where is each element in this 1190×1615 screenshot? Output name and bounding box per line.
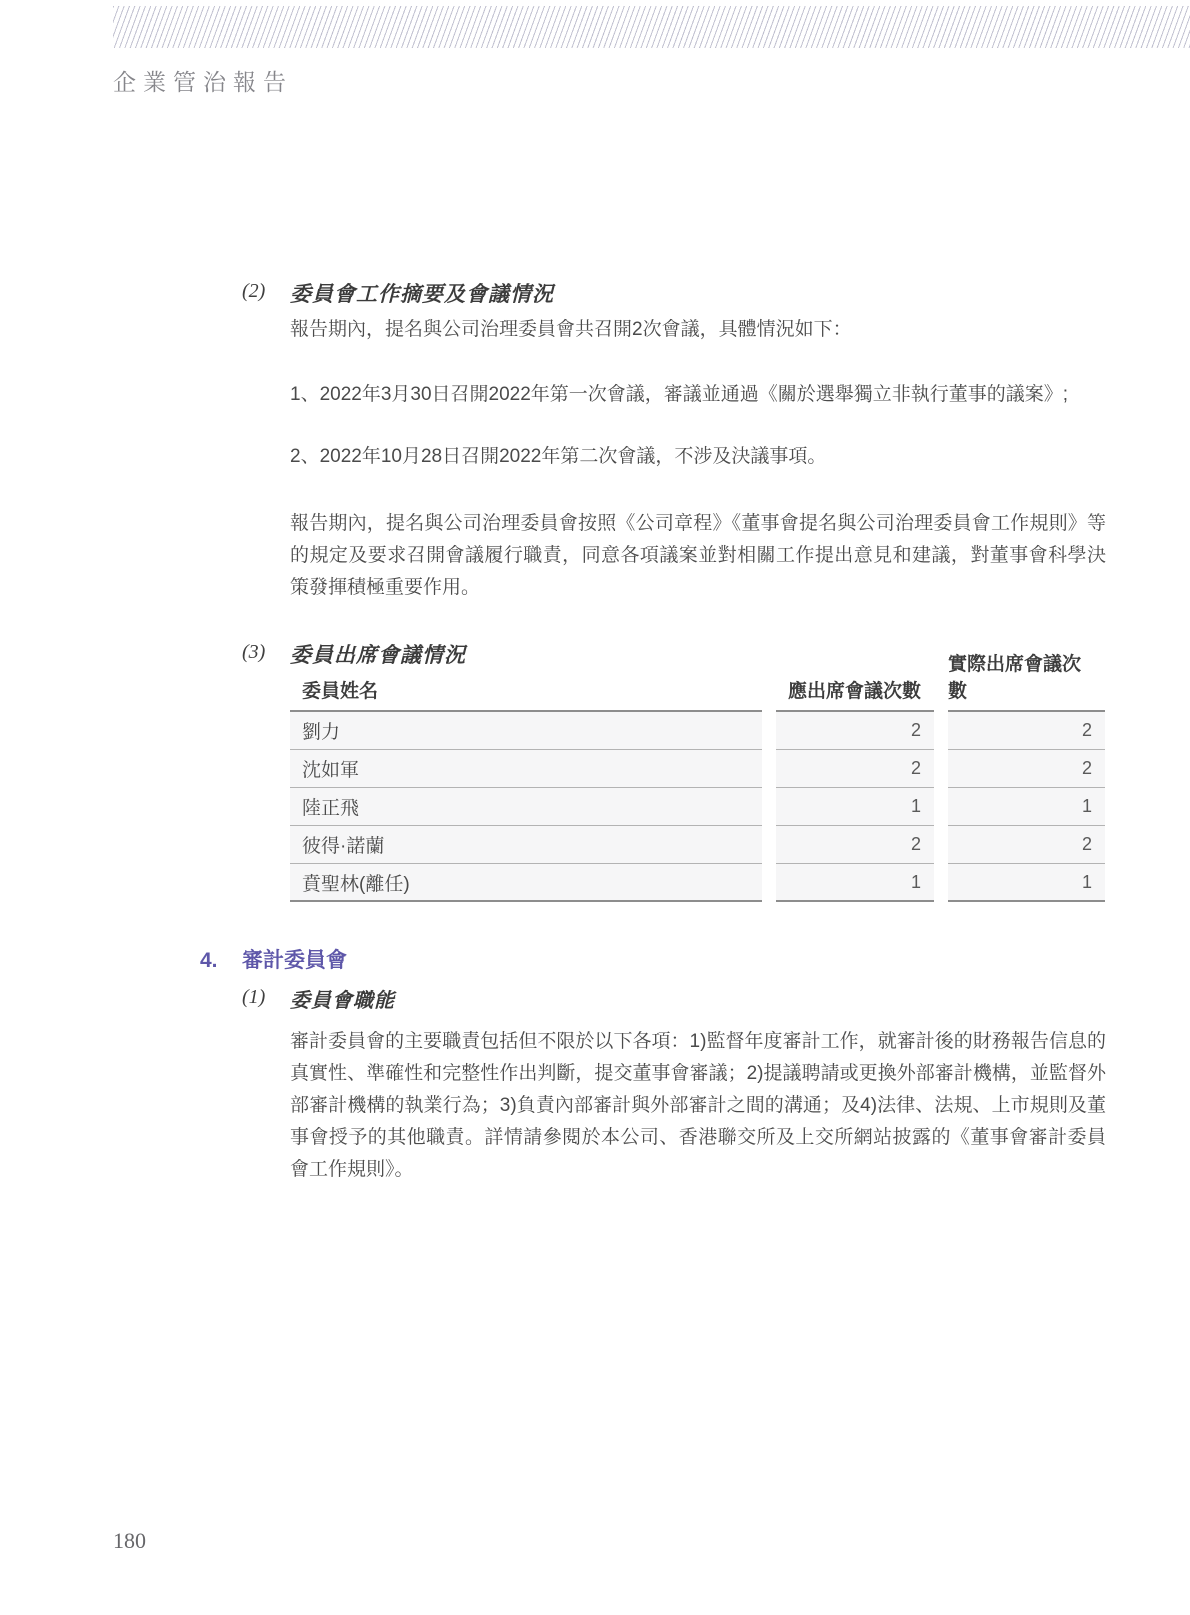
section2-intro: 報告期內，提名與公司治理委員會共召開2次會議，具體情況如下： [290, 312, 1106, 348]
section4-title: 審計委員會 [242, 949, 347, 972]
attendance-table: 委員姓名 應出席會議次數 實際出席會議次數 劉力 2 2 沈如軍 2 2 陸正飛… [290, 668, 1105, 902]
table-row-actual: 1 [948, 788, 1105, 826]
table-header-required-attendance: 應出席會議次數 [776, 668, 934, 712]
report-page: 企業管治報告 (2) 委員會工作摘要及會議情況 報告期內，提名與公司治理委員會共… [0, 0, 1190, 1615]
table-row-member-name: 沈如軍 [290, 750, 762, 788]
diagonal-hatch-banner [113, 6, 1190, 48]
section2-item2: 2、2022年10月28日召開2022年第二次會議，不涉及決議事項。 [290, 439, 1106, 475]
section3-title: 委員出席會議情況 [290, 639, 466, 669]
section4-heading: 4.審計委員會 [200, 944, 1106, 974]
page-header-title: 企業管治報告 [113, 64, 293, 97]
table-row-required: 1 [776, 788, 934, 826]
table-row-required: 2 [776, 826, 934, 864]
table-row-member-name: 劉力 [290, 712, 762, 750]
section2-title: 委員會工作摘要及會議情況 [290, 278, 554, 308]
table-row-member-name: 彼得·諾蘭 [290, 826, 762, 864]
section2-summary: 報告期內，提名與公司治理委員會按照《公司章程》《董事會提名與公司治理委員會工作規… [290, 508, 1106, 604]
table-row-required: 1 [776, 864, 934, 902]
section2-item1: 1、2022年3月30日召開2022年第一次會議，審議並通過《關於選舉獨立非執行… [290, 377, 1106, 413]
section4-sub1-paragraph: 審計委員會的主要職責包括但不限於以下各項：1)監督年度審計工作，就審計後的財務報… [290, 1026, 1106, 1186]
table-header-actual-attendance: 實際出席會議次數 [948, 668, 1105, 712]
table-header-member-name: 委員姓名 [290, 668, 762, 712]
section4-sub1-title: 委員會職能 [290, 984, 395, 1013]
table-row-actual: 2 [948, 826, 1105, 864]
table-row-actual: 2 [948, 750, 1105, 788]
page-number: 180 [113, 1528, 146, 1554]
table-row-member-name: 陸正飛 [290, 788, 762, 826]
section2-marker: (2) [242, 280, 286, 303]
section4-number: 4. [200, 949, 242, 973]
table-row-actual: 1 [948, 864, 1105, 902]
section3-marker: (3) [242, 641, 286, 664]
section4-sub1-marker: (1) [242, 986, 286, 1009]
table-row-required: 2 [776, 712, 934, 750]
table-row-member-name: 賁聖林(離任) [290, 864, 762, 902]
table-row-required: 2 [776, 750, 934, 788]
table-row-actual: 2 [948, 712, 1105, 750]
